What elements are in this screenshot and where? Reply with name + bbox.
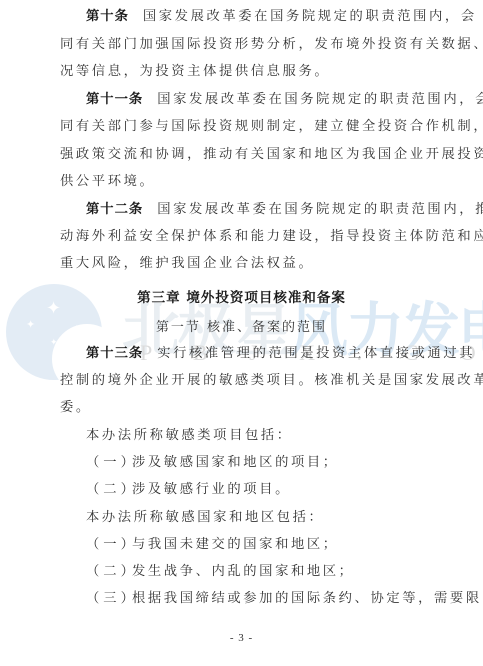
sensitive-region-item: （三）根据我国缔结或参加的国际条约、协定等，需要限 bbox=[86, 590, 456, 608]
article-heading: 第十一条 bbox=[86, 92, 143, 107]
article-11-line-2: 同有关部门参与国际投资规则制定，建立健全投资合作机制，加 bbox=[60, 118, 430, 136]
sensitive-projects-intro: 本办法所称敏感类项目包括： bbox=[86, 427, 456, 445]
item-number: （三） bbox=[86, 590, 132, 608]
article-12-line-3: 重大风险，维护我国企业合法权益。 bbox=[60, 255, 430, 273]
item-number: （一） bbox=[86, 454, 132, 472]
sensitive-project-item: （一）涉及敏感国家和地区的项目； bbox=[86, 454, 456, 472]
item-text: 根据我国缔结或参加的国际条约、协定等，需要限 bbox=[132, 591, 482, 606]
item-number: （一） bbox=[86, 536, 132, 554]
article-heading: 第十二条 bbox=[86, 202, 143, 217]
paragraph-text: 国家发展改革委在国务院规定的职责范围内，会 bbox=[157, 92, 483, 107]
sensitive-project-item: （二）涉及敏感行业的项目。 bbox=[86, 481, 456, 499]
article-11-line-4: 供公平环境。 bbox=[60, 173, 430, 191]
item-number: （二） bbox=[86, 481, 132, 499]
paragraph-text: 国家发展改革委在国务院规定的职责范围内，会 bbox=[143, 9, 477, 24]
sensitive-region-item: （二）发生战争、内乱的国家和地区； bbox=[86, 563, 456, 581]
item-text: 与我国未建交的国家和地区； bbox=[132, 537, 339, 552]
document-page: ✦ ✦ ✦ ✦ 北极星风力发电网 P B J X . C O M . C N 第… bbox=[0, 0, 483, 666]
item-number: （二） bbox=[86, 563, 132, 581]
article-13-line-2: 控制的境外企业开展的敏感类项目。核准机关是国家发展改革 bbox=[60, 372, 430, 390]
article-heading: 第十条 bbox=[86, 9, 129, 24]
article-13-line-3: 委。 bbox=[60, 399, 430, 417]
paragraph-text: 实行核准管理的范围是投资主体直接或通过其 bbox=[157, 346, 475, 361]
paragraph-text: 国家发展改革委在国务院规定的职责范围内，推 bbox=[157, 202, 483, 217]
section-title: 第一节 核准、备案的范围 bbox=[0, 316, 483, 335]
item-text: 涉及敏感行业的项目。 bbox=[132, 482, 291, 497]
article-11-line-3: 强政策交流和协调，推动有关国家和地区为我国企业开展投资提 bbox=[60, 146, 430, 164]
article-10-line-1: 第十条国家发展改革委在国务院规定的职责范围内，会 bbox=[86, 8, 456, 26]
sensitive-regions-intro: 本办法所称敏感国家和地区包括： bbox=[86, 509, 456, 527]
item-text: 发生战争、内乱的国家和地区； bbox=[132, 564, 355, 579]
article-10-line-2: 同有关部门加强国际投资形势分析，发布境外投资有关数据、情 bbox=[60, 36, 430, 54]
article-heading: 第十三条 bbox=[86, 346, 143, 361]
article-10-line-3: 况等信息，为投资主体提供信息服务。 bbox=[60, 63, 430, 81]
document-body: 第十条国家发展改革委在国务院规定的职责范围内，会 同有关部门加强国际投资形势分析… bbox=[0, 0, 483, 666]
sensitive-region-item: （一）与我国未建交的国家和地区； bbox=[86, 536, 456, 554]
article-13-line-1: 第十三条实行核准管理的范围是投资主体直接或通过其 bbox=[86, 345, 456, 363]
chapter-title: 第三章 境外投资项目核准和备案 bbox=[0, 286, 483, 306]
article-11-line-1: 第十一条国家发展改革委在国务院规定的职责范围内，会 bbox=[86, 91, 456, 109]
page-number: - 3 - bbox=[0, 632, 483, 644]
item-text: 涉及敏感国家和地区的项目； bbox=[132, 455, 339, 470]
article-12-line-2: 动海外利益安全保护体系和能力建设，指导投资主体防范和应对 bbox=[60, 228, 430, 246]
article-12-line-1: 第十二条国家发展改革委在国务院规定的职责范围内，推 bbox=[86, 201, 456, 219]
